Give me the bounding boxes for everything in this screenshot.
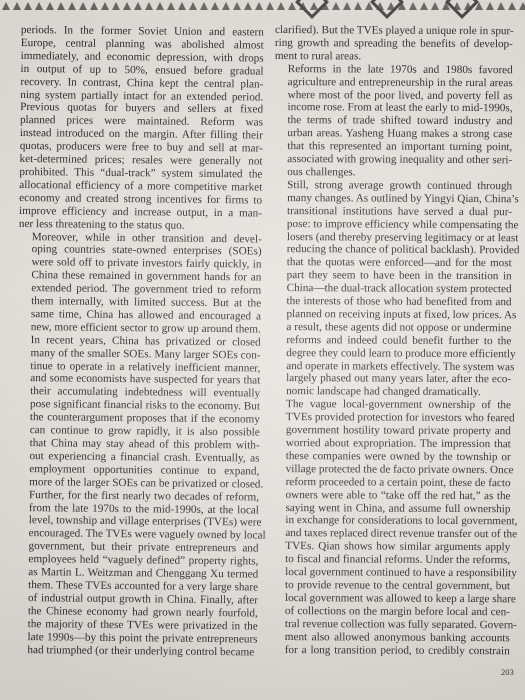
text-line: ring growth and spreading the benefits o… [275, 37, 513, 51]
paragraph-ownership: The vague local-government ownership of … [272, 398, 511, 657]
triangle-icon [68, 2, 76, 10]
triangle-icon [101, 2, 109, 10]
paragraph-3: Further, for the first nearly two decade… [14, 489, 259, 659]
triangle-icon [332, 2, 340, 10]
text-line: Still, strong average growth continued t… [274, 179, 512, 193]
text-line: these companies were owned by the townsh… [273, 450, 511, 464]
triangle-icon [112, 2, 120, 10]
text-line: reforms and indeed could benefit further… [273, 334, 511, 348]
text-line: for a long transition period, to credibl… [272, 643, 510, 657]
triangle-icon [420, 2, 428, 10]
triangle-icon [13, 2, 21, 10]
text-line: planned on receiving inputs at fixed, lo… [273, 308, 511, 322]
paragraph-growth: Still, strong average growth continued t… [273, 179, 512, 400]
triangle-icon [46, 2, 54, 10]
right-text-column: clarified). But the TVEs played a unique… [272, 24, 513, 658]
triangle-icon [354, 2, 362, 10]
text-line: local government was allowed to keep a l… [272, 592, 510, 606]
text-line: in exchange for considerations to local … [272, 514, 510, 528]
text-line: worried about expropriation. The impress… [273, 437, 511, 451]
text-line: the interests of those who had benefited… [274, 295, 512, 309]
text-line: the terms of trade shifted toward indust… [274, 114, 512, 128]
page-number: 203 [501, 667, 514, 677]
triangle-icon [79, 2, 87, 10]
text-line: tral revenue collection was fully separa… [272, 618, 510, 632]
text-line: and operate in markets effectively. The … [273, 360, 511, 374]
text-line: a result, these agents did not oppose or… [273, 321, 511, 335]
triangle-icon [343, 2, 351, 10]
text-line: government hostility toward private prop… [273, 424, 511, 438]
triangle-icon [134, 2, 142, 10]
triangle-icon [178, 2, 186, 10]
triangle-icon [200, 2, 208, 10]
triangle-icon [145, 2, 153, 10]
text-line: where most of the poor lived, and povert… [275, 89, 513, 103]
text-line: associated with growing inequality and o… [274, 153, 512, 167]
triangle-icon [255, 2, 263, 10]
triangle-icon [222, 2, 230, 10]
triangle-icon [497, 2, 505, 10]
text-line: to provide revenue to the central govern… [272, 579, 510, 593]
text-line: TVEs provided protection for investors w… [273, 411, 511, 425]
triangle-icon [167, 2, 175, 10]
triangle-icon [123, 2, 131, 10]
text-line: saying went in China, and assume full ow… [272, 502, 510, 516]
text-line: agriculture and entrepreneurship in the … [275, 76, 513, 90]
text-line: many changes. As outlined by Yingyi Qian… [274, 192, 512, 206]
triangle-icon [24, 2, 32, 10]
text-line: had triumphed (or their underlying contr… [14, 643, 257, 658]
triangle-icon [431, 2, 439, 10]
left-text-column: periods. In the former Soviet Union and … [14, 24, 264, 659]
triangle-icon [244, 2, 252, 10]
text-line: Reforms in the late 1970s and 1980s favo… [275, 63, 513, 77]
triangle-icon [156, 2, 164, 10]
text-line: ment also allowed anonymous banking acco… [272, 631, 510, 645]
text-line: ment to rural areas. [275, 50, 513, 64]
text-line: The vague local-government ownership of … [273, 398, 511, 412]
text-line: local government continued to have a res… [272, 566, 510, 580]
text-line: losers (and thereby preserving legitimac… [274, 230, 512, 244]
text-line: reducing the chance of political backlas… [274, 243, 512, 257]
triangle-icon [189, 2, 197, 10]
text-line: reform proceeded to a certain point, the… [273, 476, 511, 490]
triangle-icon [90, 2, 98, 10]
triangle-icon [409, 2, 417, 10]
text-line: China—the dual-track allocation system p… [274, 282, 512, 296]
decorative-top-border [0, 0, 525, 20]
text-line: to fiscal and financial reforms. Under t… [272, 553, 510, 567]
triangle-icon [486, 2, 494, 10]
triangle-icon [288, 2, 296, 10]
text-line: of collections on the margin before loca… [272, 605, 510, 619]
text-line: village protected the de facto private o… [273, 463, 511, 477]
triangle-icon [508, 2, 516, 10]
triangle-icon [519, 2, 525, 10]
triangle-icon [35, 2, 43, 10]
triangle-icon [233, 2, 241, 10]
text-line: largely phased out many years later, aft… [273, 372, 511, 386]
paragraph-reforms: Reforms in the late 1970s and 1980s favo… [274, 63, 513, 180]
text-line: clarified). But the TVEs played a unique… [275, 24, 513, 38]
triangle-icon [266, 2, 274, 10]
triangle-icon [2, 2, 10, 10]
text-line: income rose. From at least the early to … [275, 101, 513, 115]
paragraph-2: Moreover, while in other transition and … [16, 230, 262, 491]
text-line: ous challenges. [274, 166, 512, 180]
text-line: degree they could learn to produce more … [273, 347, 511, 361]
text-line: pose: to improve efficiency while compen… [274, 218, 512, 232]
triangle-icon [211, 2, 219, 10]
triangle-icon [277, 2, 285, 10]
paragraph-continuation: clarified). But the TVEs played a unique… [275, 24, 513, 64]
text-line: that this represented an important turni… [274, 140, 512, 154]
text-line: nomic landscape had changed dramatically… [273, 385, 511, 399]
text-line: owners were able to “take off the red ha… [272, 489, 510, 503]
text-line: TVEs. Qian shows how similar arguments a… [272, 540, 510, 554]
text-line: part they seem to have been in the trans… [274, 269, 512, 283]
text-line: that the quotas were enforced—and for th… [274, 256, 512, 270]
text-line: transitional institutions have served a … [274, 205, 512, 219]
triangle-icon [57, 2, 65, 10]
paragraph-1: periods. In the former Soviet Union and … [19, 24, 264, 233]
text-line: urban areas. Yasheng Huang makes a stron… [274, 127, 512, 141]
text-line: and taxes replaced direct revenue transf… [272, 527, 510, 541]
